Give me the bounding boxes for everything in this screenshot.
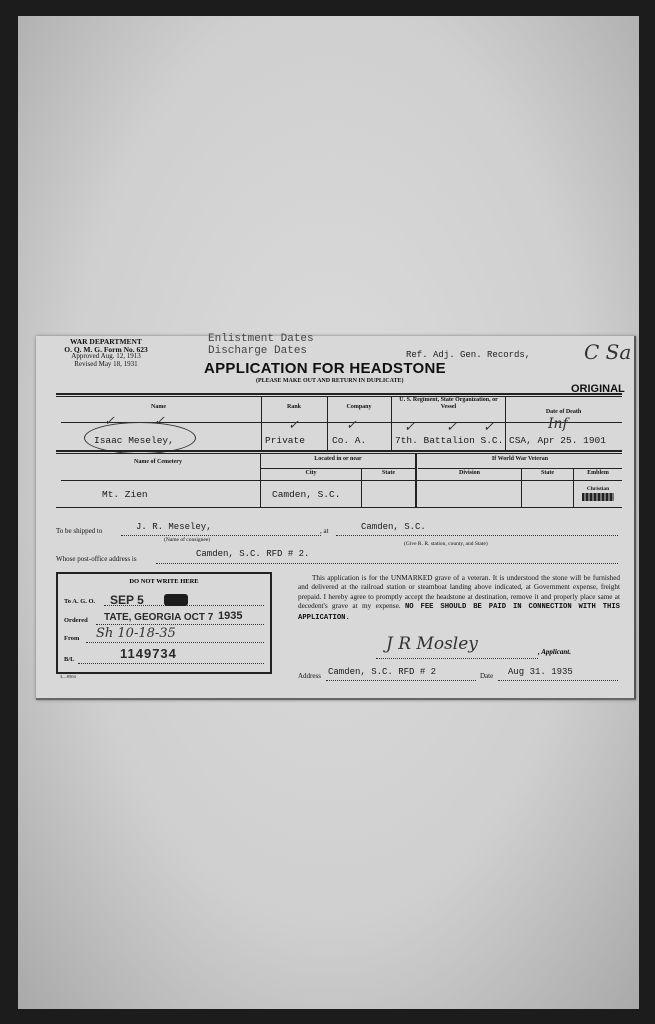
check-mark-icon: ✓ — [446, 420, 457, 435]
page-title: APPLICATION FOR HEADSTONE — [204, 360, 446, 377]
office-use-box: DO NOT WRITE HERE To A. G. O. SEP 5 Orde… — [56, 572, 272, 674]
agreement-text: This application is for the UNMARKED gra… — [298, 574, 620, 623]
station-value: Camden, S.C. — [361, 522, 426, 532]
divider — [56, 450, 622, 452]
station-caption: (Give R. R. station, county, and State) — [404, 541, 488, 547]
bl-number: 1149734 — [120, 646, 177, 661]
date-of-death-value: CSA, Apr 25. 1901 — [509, 435, 606, 446]
typed-reference: Ref. Adj. Gen. Records, — [406, 350, 530, 360]
applicant-label: , Applicant. — [538, 648, 571, 656]
consignee-caption: (Name of consignee) — [164, 537, 210, 543]
column-header-name: Name — [56, 404, 261, 410]
consignee-value: J. R. Meseley, — [136, 522, 212, 532]
cemetery-label: Name of Cemetery — [56, 459, 260, 465]
address-value: Camden, S.C. RFD # 2 — [328, 667, 436, 677]
form-header-info: WAR DEPARTMENT O. Q. M. G. Form No. 623 … — [46, 338, 166, 368]
company-value: Co. A. — [332, 435, 366, 446]
from-value: Sh 10-18-35 — [96, 626, 176, 641]
column-header-regiment: U. S. Regiment, State Organization, or V… — [396, 397, 501, 411]
dotted-line — [336, 535, 618, 536]
world-war-label: If World War Veteran — [418, 456, 622, 462]
print-code: 3—8504 — [60, 674, 76, 679]
dotted-line — [498, 680, 618, 681]
ww-state-label: State — [522, 470, 573, 476]
divider — [56, 453, 622, 454]
redacted-mark — [164, 594, 188, 606]
typed-enlistment-dates: Enlistment Dates — [208, 333, 314, 345]
column-header-company: Company — [327, 404, 391, 410]
check-mark-icon: ✓ — [346, 418, 357, 433]
emblem-label: Emblem — [574, 470, 622, 476]
at-label: , at — [320, 527, 329, 535]
check-mark-icon: ✓ — [154, 414, 165, 429]
handwritten-corner-note: C Sa — [584, 340, 631, 364]
address-label: Address — [298, 672, 321, 680]
ago-label: To A. G. O. — [64, 598, 95, 605]
column-header-rank: Rank — [261, 404, 327, 410]
state-label: State — [362, 470, 415, 476]
cemetery-value: Mt. Zien — [102, 489, 148, 500]
divider — [418, 468, 622, 469]
rank-value: Private — [265, 435, 305, 446]
po-address-value: Camden, S.C. RFD # 2. — [196, 549, 309, 559]
check-mark-icon: ✓ — [104, 414, 115, 429]
check-mark-icon: ✓ — [483, 420, 494, 435]
ordered-year: 1935 — [218, 610, 242, 622]
divider — [56, 507, 622, 508]
city-value: Camden, S.C. — [272, 489, 340, 500]
ago-stamp: SEP 5 — [110, 593, 144, 607]
dotted-line — [86, 642, 264, 643]
dotted-line — [78, 663, 264, 664]
column-header-date-of-death: Date of Death — [505, 409, 622, 415]
from-label: From — [64, 635, 79, 642]
divider — [56, 393, 622, 395]
divider — [56, 396, 622, 397]
divider — [505, 396, 506, 451]
bl-label: B/L — [64, 656, 74, 663]
headstone-application-card: WAR DEPARTMENT O. Q. M. G. Form No. 623 … — [36, 336, 636, 700]
emblem-strikeout-mark — [582, 493, 614, 501]
date-label: Date — [480, 672, 493, 680]
do-not-write-heading: DO NOT WRITE HERE — [58, 578, 270, 585]
shipped-to-label: To be shipped to — [56, 527, 102, 535]
dotted-line — [96, 624, 264, 625]
ordered-stamp: TATE, GEORGIA OCT 7 — [104, 612, 213, 623]
dotted-line — [376, 658, 538, 659]
emblem-value: Christian — [574, 486, 622, 492]
handwritten-inf-note: Inf — [548, 416, 568, 432]
revised-date: Revised May 18, 1931 — [46, 361, 166, 369]
check-mark-icon: ✓ — [288, 418, 299, 433]
typed-discharge-dates: Discharge Dates — [208, 345, 307, 357]
division-label: Division — [418, 470, 521, 476]
applicant-signature: J R Mosley — [386, 634, 478, 654]
date-value: Aug 31. 1935 — [508, 667, 573, 677]
divider — [391, 396, 392, 451]
divider — [261, 468, 415, 469]
check-mark-icon: ✓ — [404, 420, 415, 435]
ordered-label: Ordered — [64, 617, 88, 624]
divider — [61, 480, 622, 481]
dotted-line — [121, 535, 321, 536]
city-label: City — [261, 470, 361, 476]
regiment-value: 7th. Battalion S.C. — [395, 435, 503, 446]
dotted-line — [156, 563, 618, 564]
located-label: Located in or near — [261, 456, 415, 462]
po-address-label: Whose post-office address is — [56, 555, 137, 563]
dotted-line — [326, 680, 476, 681]
subtitle: (PLEASE MAKE OUT AND RETURN IN DUPLICATE… — [256, 378, 403, 384]
